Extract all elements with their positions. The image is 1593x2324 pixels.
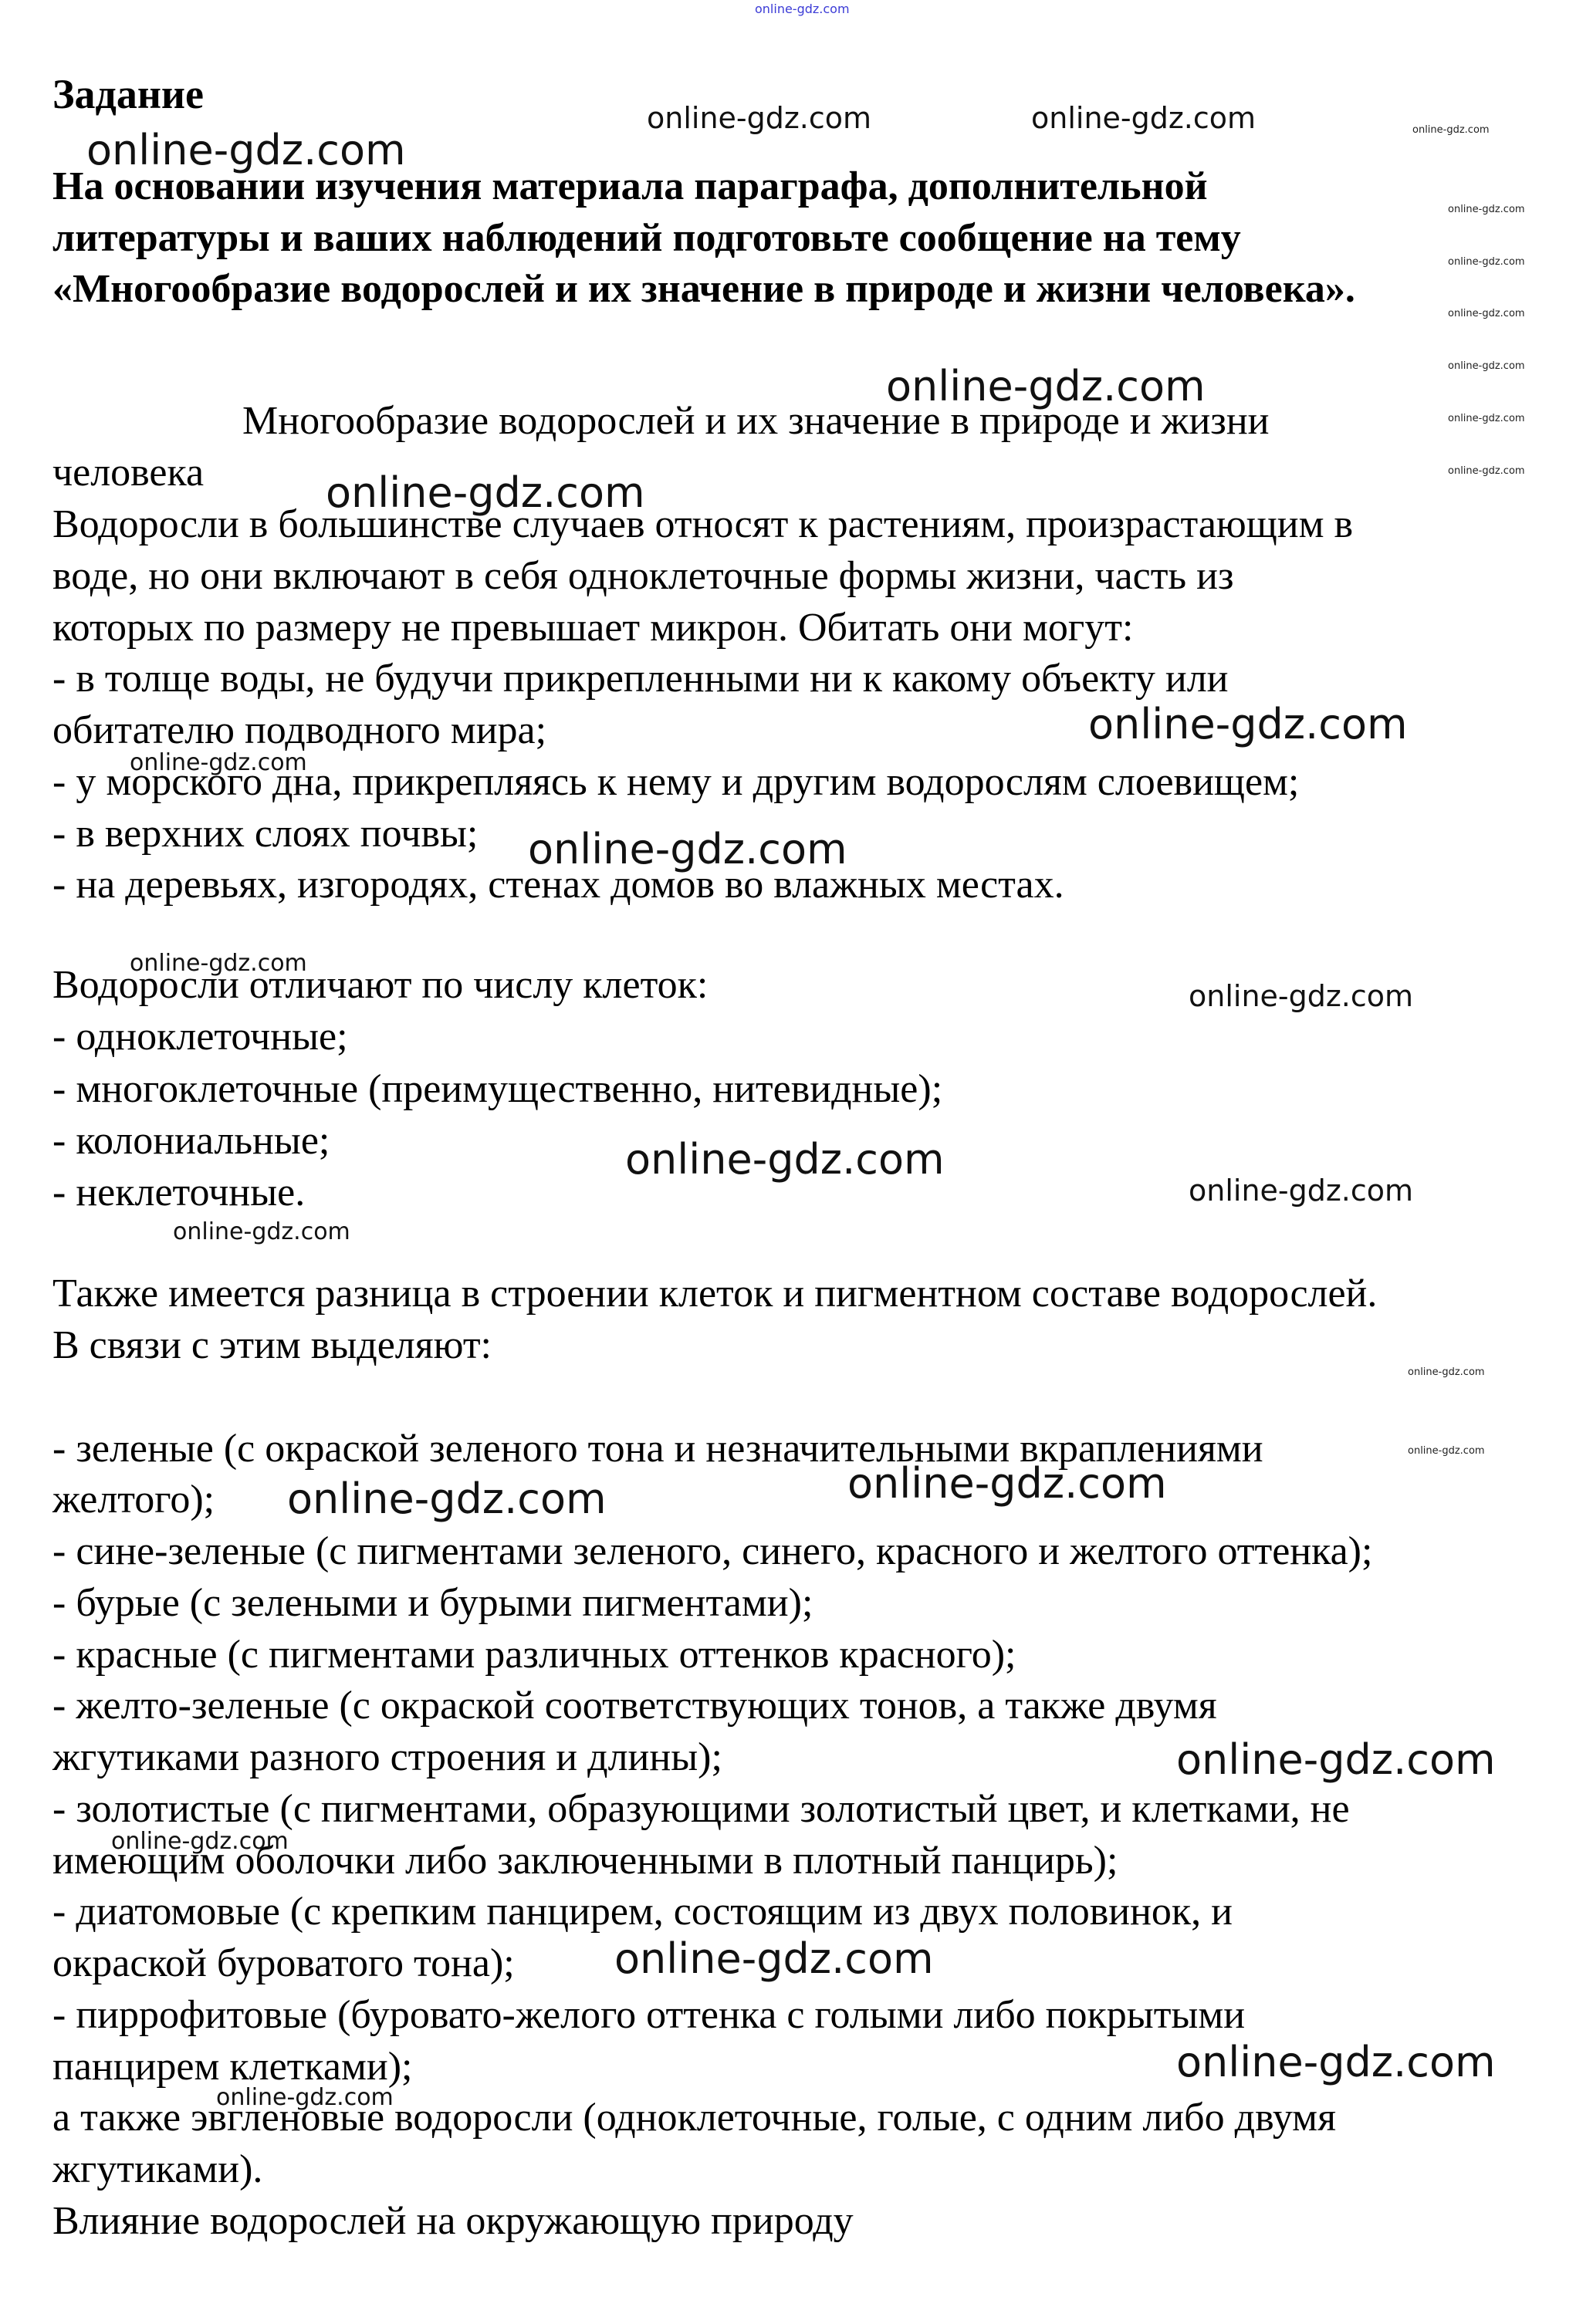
watermark: online-gdz.com bbox=[1448, 204, 1525, 214]
pigments-line: окраской буроватого тона); bbox=[52, 1941, 515, 1987]
pigments-line: жгутиками). bbox=[52, 2147, 262, 2193]
intro-line: обитателю подводного мира; bbox=[52, 708, 546, 754]
watermark: online-gdz.com bbox=[1412, 125, 1490, 135]
watermark: online-gdz.com bbox=[614, 1938, 934, 1980]
cells-line: - неклеточные. bbox=[52, 1170, 305, 1216]
watermark: online-gdz.com bbox=[1448, 466, 1525, 476]
watermark: online-gdz.com bbox=[1448, 414, 1525, 424]
pigments-line: - сине-зеленые (с пигментами зеленого, с… bbox=[52, 1529, 1372, 1575]
pigments-line: панцирем клетками); bbox=[52, 2044, 412, 2090]
header-watermark: online-gdz.com bbox=[755, 3, 850, 15]
watermark: online-gdz.com bbox=[287, 1478, 607, 1520]
watermark: online-gdz.com bbox=[130, 952, 307, 975]
watermark: online-gdz.com bbox=[326, 472, 645, 514]
watermark: online-gdz.com bbox=[1448, 257, 1525, 267]
watermark: online-gdz.com bbox=[847, 1463, 1167, 1505]
watermark: online-gdz.com bbox=[1448, 361, 1525, 371]
cells-line: - одноклеточные; bbox=[52, 1014, 348, 1060]
watermark: online-gdz.com bbox=[1448, 309, 1525, 319]
watermark: online-gdz.com bbox=[1176, 2042, 1496, 2083]
watermark: online-gdz.com bbox=[1088, 704, 1408, 745]
pigments-line: жгутиками разного строения и длины); bbox=[52, 1735, 722, 1781]
pigments-intro-line: В связи с этим выделяют: bbox=[52, 1322, 492, 1369]
pigments-line: - желто-зеленые (с окраской соответствую… bbox=[52, 1683, 1217, 1729]
watermark: online-gdz.com bbox=[173, 1221, 350, 1244]
intro-line: воде, но они включают в себя одноклеточн… bbox=[52, 553, 1234, 600]
watermark: online-gdz.com bbox=[1189, 981, 1413, 1011]
watermark: online-gdz.com bbox=[216, 2086, 394, 2110]
intro-line: - в верхних слоях почвы; bbox=[52, 811, 478, 857]
pigments-line: - красные (с пигментами различных оттенк… bbox=[52, 1632, 1016, 1678]
pigments-line: - диатомовые (с крепким панцирем, состоя… bbox=[52, 1889, 1233, 1935]
watermark: online-gdz.com bbox=[86, 130, 406, 171]
intro-line: - в толще воды, не будучи прикрепленными… bbox=[52, 656, 1229, 702]
watermark: online-gdz.com bbox=[1176, 1739, 1496, 1781]
pigments-line: - пиррофитовые (буровато-желого оттенка … bbox=[52, 1992, 1245, 2039]
watermark: online-gdz.com bbox=[625, 1139, 945, 1181]
watermark: online-gdz.com bbox=[886, 366, 1206, 407]
pigments-line: - золотистые (с пигментами, образующими … bbox=[52, 1786, 1350, 1833]
intro-line: Водоросли в большинстве случаев относят … bbox=[52, 502, 1353, 548]
next-section-heading: Влияние водорослей на окружающую природу bbox=[52, 2198, 854, 2245]
watermark: online-gdz.com bbox=[647, 103, 871, 133]
watermark: online-gdz.com bbox=[130, 752, 307, 775]
report-title-line-2: человека bbox=[52, 450, 204, 496]
cells-line: - колониальные; bbox=[52, 1118, 330, 1164]
task-line-2: литературы и ваших наблюдений подготовьт… bbox=[52, 215, 1241, 262]
watermark: online-gdz.com bbox=[1408, 1446, 1485, 1456]
watermark: online-gdz.com bbox=[1031, 103, 1256, 133]
pigments-line: - бурые (с зелеными и бурыми пигментами)… bbox=[52, 1580, 813, 1626]
task-label: Задание bbox=[52, 71, 204, 117]
watermark: online-gdz.com bbox=[1189, 1176, 1413, 1205]
cells-line: - многоклеточные (преимущественно, нитев… bbox=[52, 1066, 942, 1113]
intro-line: которых по размеру не превышает микрон. … bbox=[52, 605, 1133, 651]
document-page: online-gdz.com Задание На основании изуч… bbox=[0, 0, 1593, 2324]
watermark: online-gdz.com bbox=[111, 1830, 289, 1853]
watermark: online-gdz.com bbox=[528, 829, 847, 870]
watermark: online-gdz.com bbox=[1408, 1367, 1485, 1377]
pigments-intro-line: Также имеется разница в строении клеток … bbox=[52, 1271, 1377, 1317]
pigments-line: желтого); bbox=[52, 1477, 215, 1523]
task-line-3: «Многообразие водорослей и их значение в… bbox=[52, 266, 1355, 312]
